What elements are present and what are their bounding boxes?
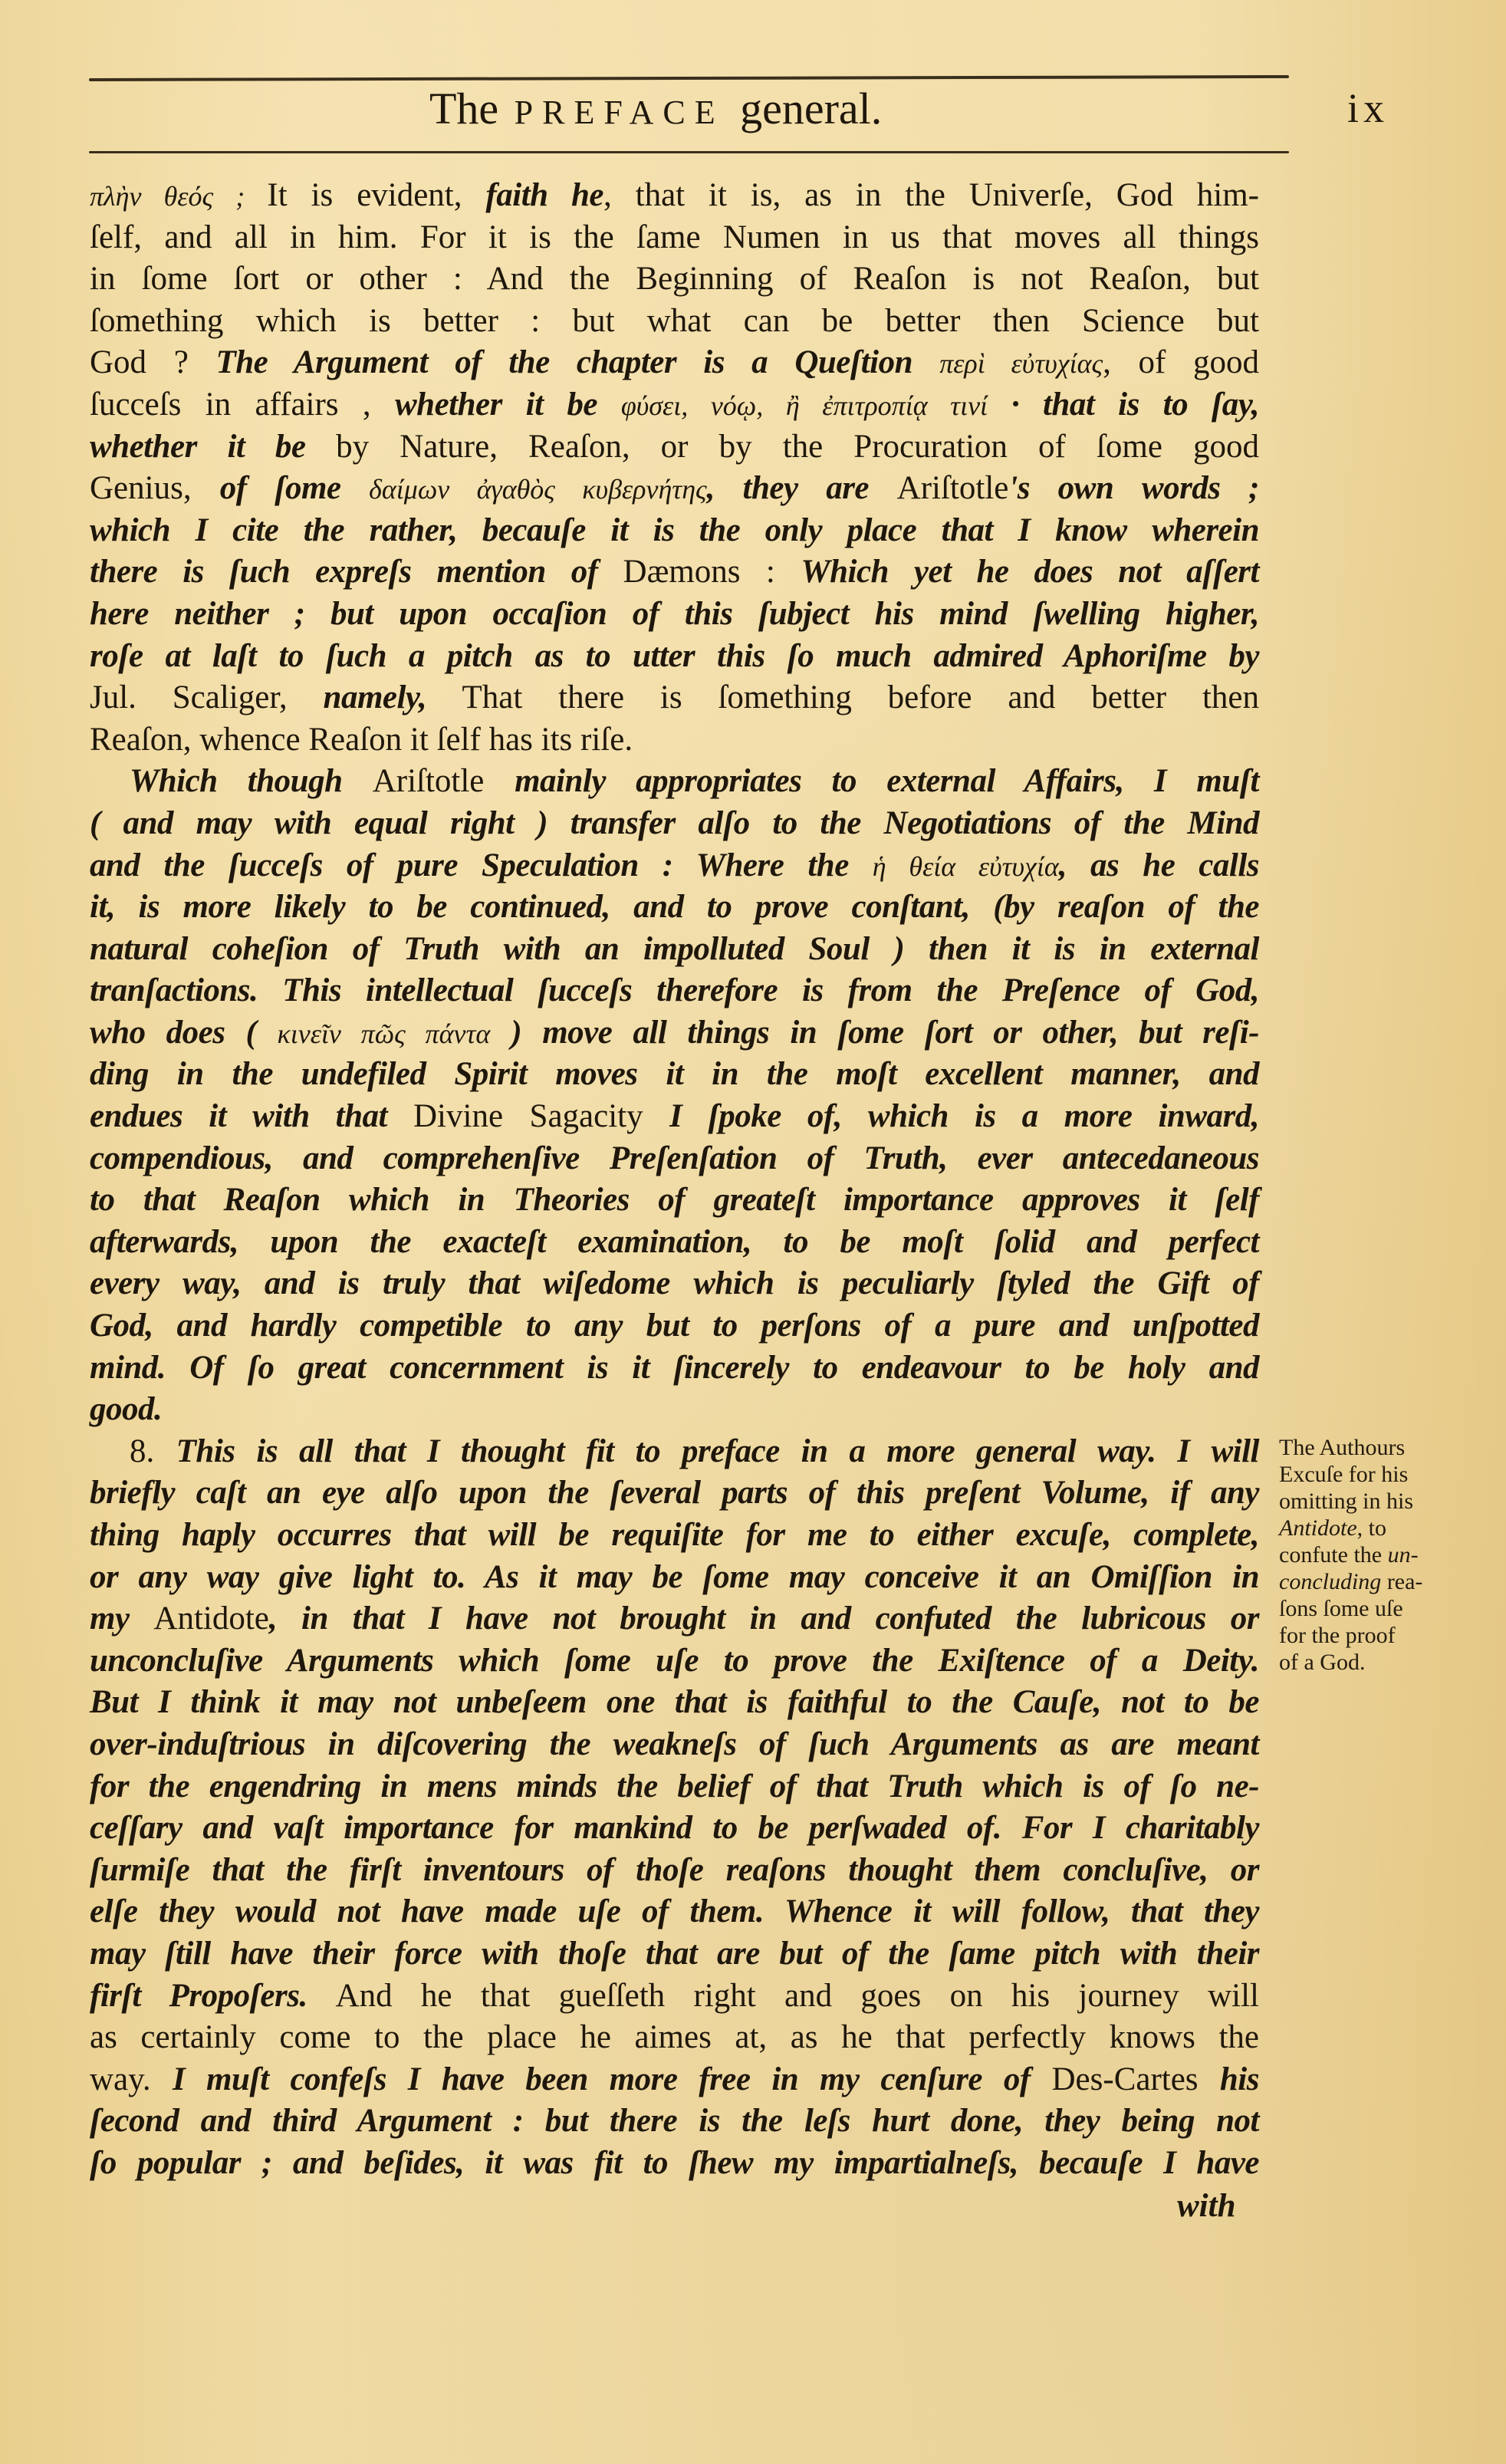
text-line: ſucceſs in affairs , whether it be φύσει… <box>90 384 1259 426</box>
text-line: ceſſary and vaſt importance for mankind … <box>90 1808 1259 1850</box>
running-head-prefix: The <box>429 84 498 133</box>
text-line: ding in the undefiled Spirit moves it in… <box>90 1054 1259 1096</box>
text-line: over-induſtrious in diſcovering the weak… <box>90 1724 1259 1766</box>
italic-text: who does ( <box>90 1015 277 1051</box>
text-line: Reaſon, whence Reaſon it ſelf has its ri… <box>90 719 1259 762</box>
text-line: God, and hardly competible to any but to… <box>90 1305 1259 1347</box>
italic-text: his <box>1220 2061 1259 2097</box>
header-bottom-rule <box>89 151 1289 153</box>
roman-text: , that it is, as in the Univerſe, God hi… <box>603 177 1259 213</box>
italic-text: , as he calls <box>1059 847 1259 883</box>
text-line: endues it with that Divine Sagacity I ſp… <box>90 1096 1259 1138</box>
italic-text: unconcluſive Arguments which ſome uſe to… <box>90 1643 1259 1679</box>
top-rule <box>89 75 1289 81</box>
italic-text: for the engendring in mens minds the bel… <box>90 1768 1259 1804</box>
roman-text: , to <box>1357 1515 1386 1541</box>
margin-note-line: for the proof <box>1279 1622 1501 1649</box>
roman-text: Genius, <box>90 470 220 506</box>
italic-text: which I cite the rather, becauſe it is t… <box>90 512 1259 548</box>
text-line: natural coheſion of Truth with an impoll… <box>90 929 1259 971</box>
margin-note-line: Excuſe for his <box>1279 1461 1501 1488</box>
text-line: Jul. Scaliger, namely, That there is ſom… <box>90 677 1259 719</box>
text-line: ſelf, and all in him. For it is the ſame… <box>90 217 1259 259</box>
text-line: unconcluſive Arguments which ſome uſe to… <box>90 1640 1259 1683</box>
text-line: every way, and is truly that wiſedome wh… <box>90 1263 1259 1305</box>
italic-text: every way, and is truly that wiſedome wh… <box>90 1265 1259 1301</box>
text-line: ſo popular ; and beſides, it was fit to … <box>90 2143 1259 2185</box>
roman-text: Dæmons : <box>623 554 801 590</box>
roman-text: way. <box>90 2061 173 2097</box>
greek-phrase: ἡ θεία εὐτυχία <box>873 851 1059 882</box>
italic-text: I muſt confeſs I have been more free in … <box>173 2061 1052 2097</box>
text-line: good. <box>90 1389 1259 1431</box>
text-line: may ſtill have their force with thoſe th… <box>90 1933 1259 1975</box>
italic-text: whether it be <box>395 387 621 423</box>
roman-text: It is evident, <box>267 177 485 213</box>
text-line: Which though Ariſtotle mainly appropriat… <box>90 761 1259 803</box>
italic-text: , in that I have not brought in and conf… <box>269 1600 1259 1637</box>
roman-text: Divine Sagacity <box>413 1098 669 1134</box>
margin-note-line: concluding rea- <box>1279 1568 1501 1595</box>
margin-note-line: confute the un- <box>1279 1541 1501 1568</box>
italic-text: ſurmiſe that the firſt inventours of tho… <box>90 1852 1259 1888</box>
text-line: ( and may with equal right ) transfer al… <box>90 803 1259 845</box>
text-line: or any way give light to. As it may be ſ… <box>90 1557 1259 1599</box>
text-line: and the ſucceſs of pure Speculation : Wh… <box>90 845 1259 887</box>
margin-note-line: ſons ſome uſe <box>1279 1595 1501 1622</box>
text-line: compendious, and comprehenſive Preſenſat… <box>90 1138 1259 1180</box>
italic-text: ding in the undefiled Spirit moves it in… <box>90 1056 1259 1092</box>
text-line: which I cite the rather, becauſe it is t… <box>90 510 1259 552</box>
italic-text: mind. Of ſo great concernment is it ſinc… <box>90 1350 1259 1386</box>
roman-text: Reaſon, whence Reaſon it ſelf has its ri… <box>90 722 633 758</box>
roman-text: Jul. Scaliger, <box>90 679 324 716</box>
text-line: briefly caſt an eye alſo upon the ſevera… <box>90 1472 1259 1515</box>
text-line: it, is more likely to be continued, and … <box>90 887 1259 929</box>
text-line: whether it be by Nature, Reaſon, or by t… <box>90 426 1259 469</box>
italic-text: compendious, and comprehenſive Preſenſat… <box>90 1140 1259 1176</box>
italic-text: The Argument of the chapter is a Queſtio… <box>216 344 940 380</box>
italic-text: roſe at laſt to ſuch a pitch as to utter… <box>90 638 1259 674</box>
roman-text: confute the <box>1279 1542 1388 1568</box>
italic-text: faith he <box>485 177 603 213</box>
italic-text: it, is more likely to be continued, and … <box>90 889 1259 925</box>
italic-text: here neither ; but upon occaſion of this… <box>90 596 1259 632</box>
text-line: But I think it may not unbeſeem one that… <box>90 1682 1259 1724</box>
text-line: God ? The Argument of the chapter is a Q… <box>90 342 1259 384</box>
text-line: here neither ; but upon occaſion of this… <box>90 594 1259 636</box>
text-line: to that Reaſon which in Theories of grea… <box>90 1179 1259 1222</box>
italic-text: God, and hardly competible to any but to… <box>90 1308 1259 1344</box>
catchword: with <box>1177 2187 1236 2225</box>
text-line: my Antidote, in that I have not brought … <box>90 1598 1259 1640</box>
italic-text: to that Reaſon which in Theories of grea… <box>90 1182 1259 1218</box>
margin-note-line: omitting in his <box>1279 1488 1501 1515</box>
roman-text: as certainly come to the place he aimes … <box>90 2019 1259 2055</box>
text-line: ſurmiſe that the firſt inventours of tho… <box>90 1850 1259 1892</box>
italic-text: afterwards, upon the exacteſt examinatio… <box>90 1224 1259 1260</box>
italic-text: 's own words ; <box>1008 470 1259 506</box>
italic-text: But I think it may not unbeſeem one that… <box>90 1684 1259 1720</box>
margin-note: The AuthoursExcuſe for hisomitting in hi… <box>1279 1434 1501 1676</box>
text-line: πλὴν θεός ; It is evident, faith he, tha… <box>90 175 1259 217</box>
greek-phrase: φύσει, νόῳ, ἢ ἐπιτροπίᾳ τινί <box>621 390 988 421</box>
italic-text: tranſactions. This intellectual ſucceſs … <box>90 972 1259 1008</box>
italic-text: and the ſucceſs of pure Speculation : Wh… <box>90 847 873 883</box>
margin-note-line: of a God. <box>1279 1649 1501 1676</box>
italic-text: endues it with that <box>90 1098 413 1134</box>
greek-phrase: περὶ εὐτυχίας <box>939 348 1103 379</box>
text-line: way. I muſt confeſs I have been more fre… <box>90 2059 1259 2101</box>
italic-text: , they are <box>707 470 897 506</box>
running-head: The PREFACE general. <box>429 83 882 134</box>
roman-text: Ariſtotle <box>897 470 1009 506</box>
body-text: πλὴν θεός ; It is evident, faith he, tha… <box>90 175 1259 2185</box>
greek-phrase: κινεῖν πῶς πάντα <box>277 1018 490 1049</box>
roman-text: That there is ſomething before and bette… <box>462 679 1259 716</box>
text-line: 8. This is all that I thought fit to pre… <box>90 1431 1259 1473</box>
text-line: thing haply occurres that will be requiſ… <box>90 1515 1259 1557</box>
text-line: ſecond and third Argument : but there is… <box>90 2100 1259 2143</box>
italic-text: thing haply occurres that will be requiſ… <box>90 1517 1259 1553</box>
italic-text: ſecond and third Argument : but there is… <box>90 2103 1259 2139</box>
roman-text: ſelf, and all in him. For it is the ſame… <box>90 219 1259 255</box>
margin-note-line: Antidote, to <box>1279 1515 1501 1541</box>
italic-text: ſo popular ; and beſides, it was fit to … <box>90 2145 1259 2181</box>
roman-text: in ſome ſort or other : And the Beginnin… <box>90 261 1259 297</box>
italic-text: my <box>90 1600 153 1637</box>
italic-text: concluding <box>1279 1569 1381 1594</box>
greek-phrase: δαίμων ἀγαθὸς κυβερνήτης <box>369 474 707 505</box>
folio-page-number: ix <box>1347 84 1389 132</box>
running-head-smallcaps: PREFACE <box>515 94 725 131</box>
roman-text: rea- <box>1381 1569 1422 1594</box>
margin-note-line: The Authours <box>1279 1434 1501 1461</box>
text-line: who does ( κινεῖν πῶς πάντα ) move all t… <box>90 1012 1259 1054</box>
greek-phrase: πλὴν θεός ; <box>90 181 267 212</box>
italic-text: good. <box>90 1391 162 1427</box>
roman-text: ſucceſs in affairs , <box>90 387 395 423</box>
italic-text: namely, <box>324 679 462 716</box>
text-line: firſt Propoſers. And he that gueſſeth ri… <box>90 1975 1259 2018</box>
text-line: Genius, of ſome δαίμων ἀγαθὸς κυβερνήτης… <box>90 468 1259 510</box>
italic-text: natural coheſion of Truth with an impoll… <box>90 931 1259 967</box>
italic-text: un- <box>1388 1542 1419 1568</box>
text-line: afterwards, upon the exacteſt examinatio… <box>90 1222 1259 1264</box>
text-line: there is ſuch expreſs mention of Dæmons … <box>90 551 1259 594</box>
italic-text: over-induſtrious in diſcovering the weak… <box>90 1726 1259 1762</box>
roman-text: by Nature, Reaſon, or by the Procuration… <box>336 429 1259 465</box>
italic-text: Which yet he does not aſſert <box>801 554 1259 590</box>
italic-text: of ſome <box>220 470 369 506</box>
running-head-suffix: general. <box>740 84 882 133</box>
italic-text: I ſpoke of, which is a more inward, <box>669 1098 1259 1134</box>
italic-text: Which though <box>130 763 373 799</box>
text-line: for the engendring in mens minds the bel… <box>90 1766 1259 1808</box>
italic-text: whether it be <box>90 429 336 465</box>
italic-text: or any way give light to. As it may be ſ… <box>90 1559 1259 1595</box>
roman-text: Antidote <box>153 1600 268 1637</box>
italic-text: ceſſary and vaſt importance for mankind … <box>90 1810 1259 1846</box>
text-line: as certainly come to the place he aimes … <box>90 2017 1259 2059</box>
roman-text: And he that gueſſeth right and goes on h… <box>336 1978 1259 2014</box>
roman-text: 8. <box>130 1433 176 1469</box>
italic-text: ( and may with equal right ) transfer al… <box>90 805 1259 841</box>
italic-text: elſe they would not have made uſe of the… <box>90 1893 1259 1929</box>
italic-text: may ſtill have their force with thoſe th… <box>90 1936 1259 1972</box>
italic-text: ) move all things in ſome ſort or other,… <box>490 1015 1259 1051</box>
text-line: elſe they would not have made uſe of the… <box>90 1891 1259 1933</box>
roman-text: ſomething which is better : but what can… <box>90 303 1259 339</box>
roman-text: Ariſtotle <box>373 763 515 799</box>
italic-text: there is ſuch expreſs mention of <box>90 554 623 590</box>
roman-text: God ? <box>90 344 216 380</box>
text-line: mind. Of ſo great concernment is it ſinc… <box>90 1347 1259 1390</box>
italic-text: firſt Propoſers. <box>90 1978 336 2014</box>
italic-text: This is all that I thought fit to prefac… <box>176 1433 1259 1469</box>
roman-text: , of good <box>1103 344 1259 380</box>
italic-text: Antidote <box>1279 1515 1357 1541</box>
italic-text: briefly caſt an eye alſo upon the ſevera… <box>90 1475 1259 1511</box>
italic-text: mainly appropriates to external Affairs,… <box>515 763 1259 799</box>
text-line: tranſactions. This intellectual ſucceſs … <box>90 970 1259 1012</box>
text-line: ſomething which is better : but what can… <box>90 301 1259 343</box>
roman-text: Des-Cartes <box>1052 2061 1220 2097</box>
italic-text: · that is to ſay, <box>988 387 1259 423</box>
text-line: in ſome ſort or other : And the Beginnin… <box>90 258 1259 301</box>
text-line: roſe at laſt to ſuch a pitch as to utter… <box>90 636 1259 678</box>
